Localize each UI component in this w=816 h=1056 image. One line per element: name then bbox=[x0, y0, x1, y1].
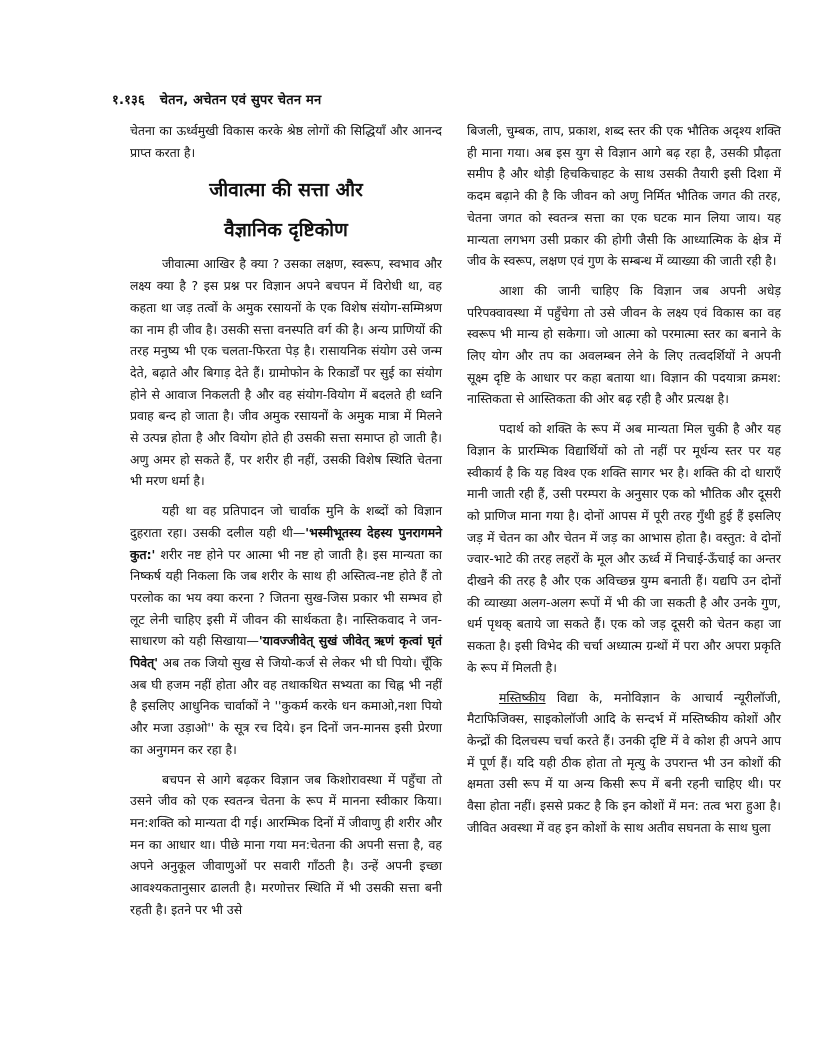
left-column: चेतना का ऊर्ध्वमुखी विकास करके श्रेष्ठ ल… bbox=[130, 120, 442, 929]
paragraph: जीवात्मा आखिर है क्या ? उसका लक्षण, स्वर… bbox=[130, 253, 442, 492]
underlined-term: मस्तिष्कीय bbox=[499, 690, 546, 705]
intro-paragraph: चेतना का ऊर्ध्वमुखी विकास करके श्रेष्ठ ल… bbox=[130, 120, 442, 163]
section-title: जीवात्मा की सत्ता और वैज्ञानिक दृष्टिकोण bbox=[130, 177, 442, 243]
paragraph-text: विद्या के, मनोविज्ञान के आचार्य न्यूरीलॉ… bbox=[467, 690, 781, 835]
paragraph: पदार्थ को शक्ति के रूप में अब मान्यता मि… bbox=[467, 418, 781, 678]
paragraph: मस्तिष्कीय विद्या के, मनोविज्ञान के आचार… bbox=[467, 687, 781, 839]
paragraph: यही था वह प्रतिपादन जो चार्वाक मुनि के श… bbox=[130, 500, 442, 760]
running-header: १.१३६ चेतन, अचेतन एवं सुपर चेतन मन bbox=[112, 90, 321, 108]
section-title-line1: जीवात्मा की सत्ता और bbox=[209, 179, 363, 201]
paragraph-continued: बिजली, चुम्बक, ताप, प्रकाश, शब्द स्तर की… bbox=[467, 120, 781, 272]
right-column: बिजली, चुम्बक, ताप, प्रकाश, शब्द स्तर की… bbox=[467, 120, 781, 847]
paragraph: आशा की जानी चाहिए कि विज्ञान जब अपनी अधे… bbox=[467, 280, 781, 410]
paragraph: बचपन से आगे बढ़कर विज्ञान जब किशोरावस्था… bbox=[130, 769, 442, 921]
page-number: १.१३६ bbox=[112, 93, 145, 108]
section-title-line2: वैज्ञानिक दृष्टिकोण bbox=[130, 217, 442, 243]
running-title: चेतन, अचेतन एवं सुपर चेतन मन bbox=[160, 93, 322, 108]
paragraph-text: अब तक जियो सुख से जियो-कर्ज से लेकर भी घ… bbox=[130, 655, 442, 757]
